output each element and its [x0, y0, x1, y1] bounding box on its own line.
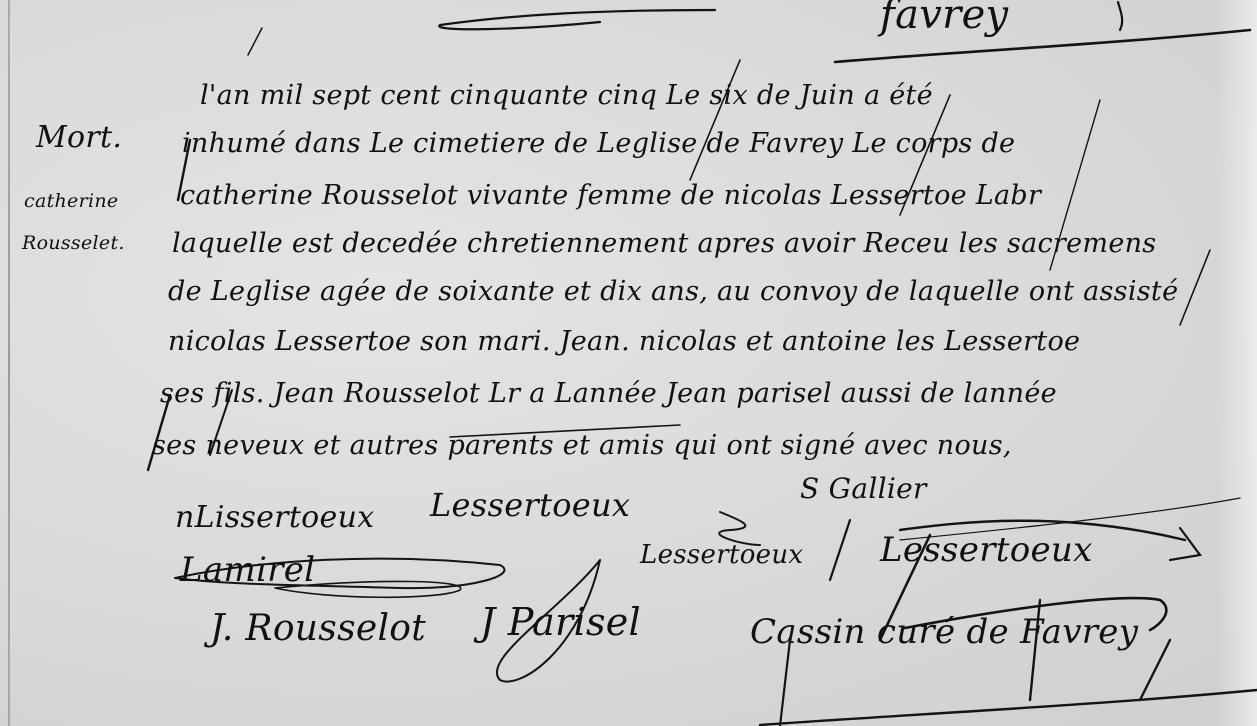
entry-line-7: ses fils. Jean Rousselot Lr a Lannée Jea…: [160, 378, 1057, 409]
entry-line-4: laquelle est decedée chretiennement apre…: [172, 228, 1156, 259]
margin-deceased-surname: Rousselet.: [22, 232, 125, 254]
margin-deceased-first-name: catherine: [24, 190, 118, 212]
signature-j-parisel: J Parisel: [480, 600, 641, 644]
entry-line-5: de Leglise agée de soixante et dix ans, …: [168, 276, 1178, 307]
signature-cassin-cure: Cassin curé de Favrey: [750, 612, 1138, 652]
signature-lamirel: Lamirel: [180, 550, 315, 590]
page-right-shadow: [1217, 0, 1257, 726]
entry-line-6: nicolas Lessertoe son mari. Jean. nicola…: [168, 326, 1080, 357]
previous-entry-fragment: favrey: [880, 0, 1008, 38]
entry-line-2: inhumé dans Le cimetiere de Leglise de F…: [182, 128, 1015, 159]
margin-title-mort: Mort.: [36, 120, 122, 155]
signature-s-gallier: S Gallier: [800, 472, 927, 505]
signature-j-rousselot: J. Rousselot: [210, 608, 426, 649]
signature-lessertoeux-2: Lessertoeux: [640, 540, 803, 570]
entry-line-8: ses neveux et autres parents et amis qui…: [152, 430, 1012, 461]
signature-lessertoeux-3: Lessertoeux: [880, 530, 1093, 570]
entry-line-3: catherine Rousselot vivante femme de nic…: [180, 180, 1041, 211]
signature-lessertoeux-1: Lessertoeux: [430, 486, 630, 524]
signature-nlissertoeux: nLissertoeux: [175, 500, 374, 535]
scanned-register-page: favrey Mort. catherine Rousselet. l'an m…: [0, 0, 1257, 726]
page-binding-edge: [8, 0, 10, 726]
entry-line-1: l'an mil sept cent cinquante cinq Le six…: [200, 80, 933, 111]
